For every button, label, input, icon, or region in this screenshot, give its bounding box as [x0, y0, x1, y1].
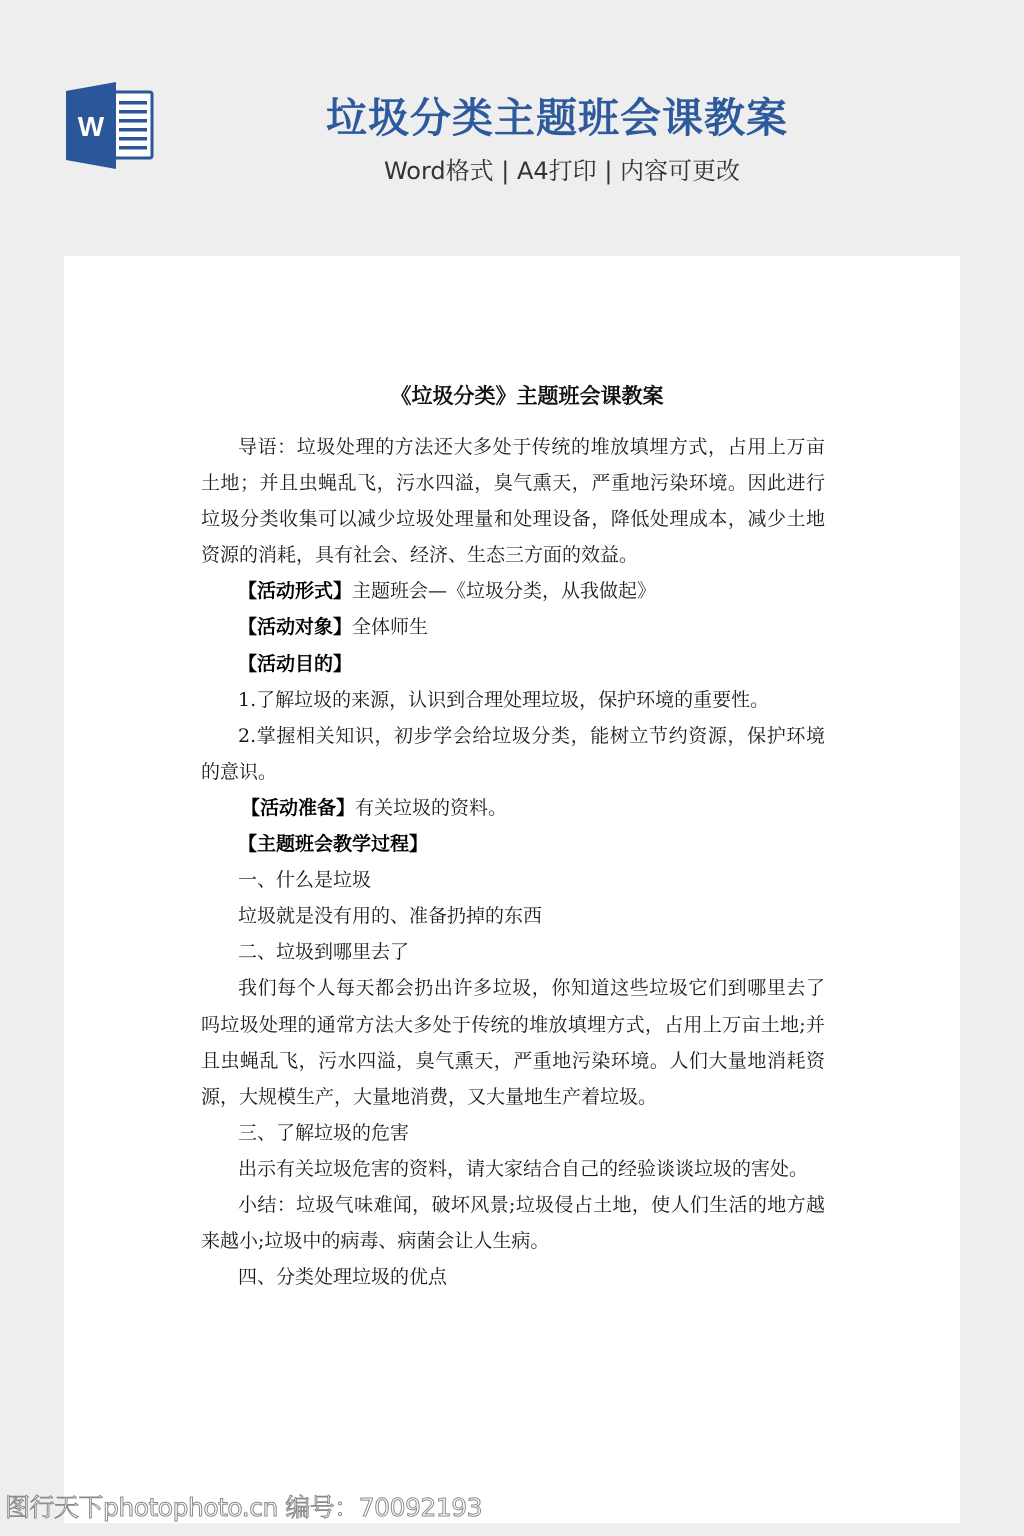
- paragraph-label: 【活动形式】: [238, 580, 352, 602]
- paragraph-goal-2: 2.掌握相关知识，初步学会给垃圾分类，能树立节约资源，保护环境的意识。: [201, 718, 825, 790]
- header-title: 垃圾分类主题班会课教案: [300, 92, 814, 144]
- section-heading-2: 二、垃圾到哪里去了: [201, 934, 825, 970]
- paragraph-text: 四、分类处理垃圾的优点: [238, 1266, 447, 1288]
- paragraph-text: 1.了解垃圾的来源，认识到合理处理垃圾，保护环境的重要性。: [238, 689, 769, 711]
- paragraph-goal-1: 1.了解垃圾的来源，认识到合理处理垃圾，保护环境的重要性。: [201, 682, 825, 718]
- paragraph-text: 三、了解垃圾的危害: [238, 1122, 409, 1144]
- paragraph-text: 导语：垃圾处理的方法还大多处于传统的堆放填埋方式，占用上万亩土地；并且虫蝇乱飞，…: [201, 436, 825, 566]
- paragraph-garbage-harm: 出示有关垃圾危害的资料，请大家结合自己的经验谈谈垃圾的害处。: [201, 1151, 825, 1187]
- paragraph-summary: 小结：垃圾气味难闻，破坏风景;垃圾侵占土地，使人们生活的地方越来越小;垃圾中的病…: [201, 1187, 825, 1259]
- paragraph-text: 我们每个人每天都会扔出许多垃圾，你知道这些垃圾它们到哪里去了吗垃圾处理的通常方法…: [201, 977, 825, 1107]
- paragraph-text: 小结：垃圾气味难闻，破坏风景;垃圾侵占土地，使人们生活的地方越来越小;垃圾中的病…: [201, 1194, 825, 1252]
- header-subtitle: Word格式 | A4打印 | 内容可更改: [300, 154, 824, 188]
- paragraph-text: 一、什么是垃圾: [238, 869, 371, 891]
- paragraph-text: 二、垃圾到哪里去了: [238, 941, 409, 963]
- document-page: 《垃圾分类》主题班会课教案 导语：垃圾处理的方法还大多处于传统的堆放填埋方式，占…: [64, 256, 960, 1523]
- paragraph-text: 主题班会—《垃圾分类，从我做起》: [352, 580, 656, 602]
- paragraph-activity-prep: 【活动准备】有关垃圾的资料。: [201, 790, 825, 826]
- section-heading-4: 四、分类处理垃圾的优点: [201, 1259, 825, 1295]
- paragraph-label: 【活动对象】: [238, 616, 352, 638]
- word-document-icon: W: [64, 81, 156, 169]
- paragraph-label: 【主题班会教学过程】: [238, 833, 428, 855]
- paragraph-where-garbage-goes: 我们每个人每天都会扔出许多垃圾，你知道这些垃圾它们到哪里去了吗垃圾处理的通常方法…: [201, 970, 825, 1114]
- paragraph-text: 有关垃圾的资料。: [355, 797, 507, 819]
- paragraph-what-is-garbage: 垃圾就是没有用的、准备扔掉的东西: [201, 898, 825, 934]
- section-heading-1: 一、什么是垃圾: [201, 862, 825, 898]
- paragraph-activity-form: 【活动形式】主题班会—《垃圾分类，从我做起》: [201, 573, 825, 609]
- paragraph-activity-goal: 【活动目的】: [201, 646, 825, 682]
- paragraph-label: 【活动目的】: [238, 653, 352, 675]
- paragraph-teaching-process: 【主题班会教学过程】: [201, 826, 825, 862]
- paragraph-text: 全体师生: [352, 616, 428, 638]
- section-heading-3: 三、了解垃圾的危害: [201, 1115, 825, 1151]
- paragraph-intro: 导语：垃圾处理的方法还大多处于传统的堆放填埋方式，占用上万亩土地；并且虫蝇乱飞，…: [201, 429, 825, 573]
- paragraph-text: 垃圾就是没有用的、准备扔掉的东西: [238, 905, 542, 927]
- paragraph-activity-target: 【活动对象】全体师生: [201, 609, 825, 645]
- document-body: 导语：垃圾处理的方法还大多处于传统的堆放填埋方式，占用上万亩土地；并且虫蝇乱飞，…: [201, 429, 825, 1295]
- paragraph-text: 2.掌握相关知识，初步学会给垃圾分类，能树立节约资源，保护环境的意识。: [201, 725, 825, 783]
- document-title: 《垃圾分类》主题班会课教案: [64, 378, 990, 414]
- paragraph-label: 【活动准备】: [241, 797, 355, 819]
- paragraph-text: 出示有关垃圾危害的资料，请大家结合自己的经验谈谈垃圾的害处。: [238, 1158, 808, 1180]
- svg-text:W: W: [78, 111, 105, 142]
- watermark-text: 图行天下photophoto.cn 编号：70092193: [5, 1491, 482, 1525]
